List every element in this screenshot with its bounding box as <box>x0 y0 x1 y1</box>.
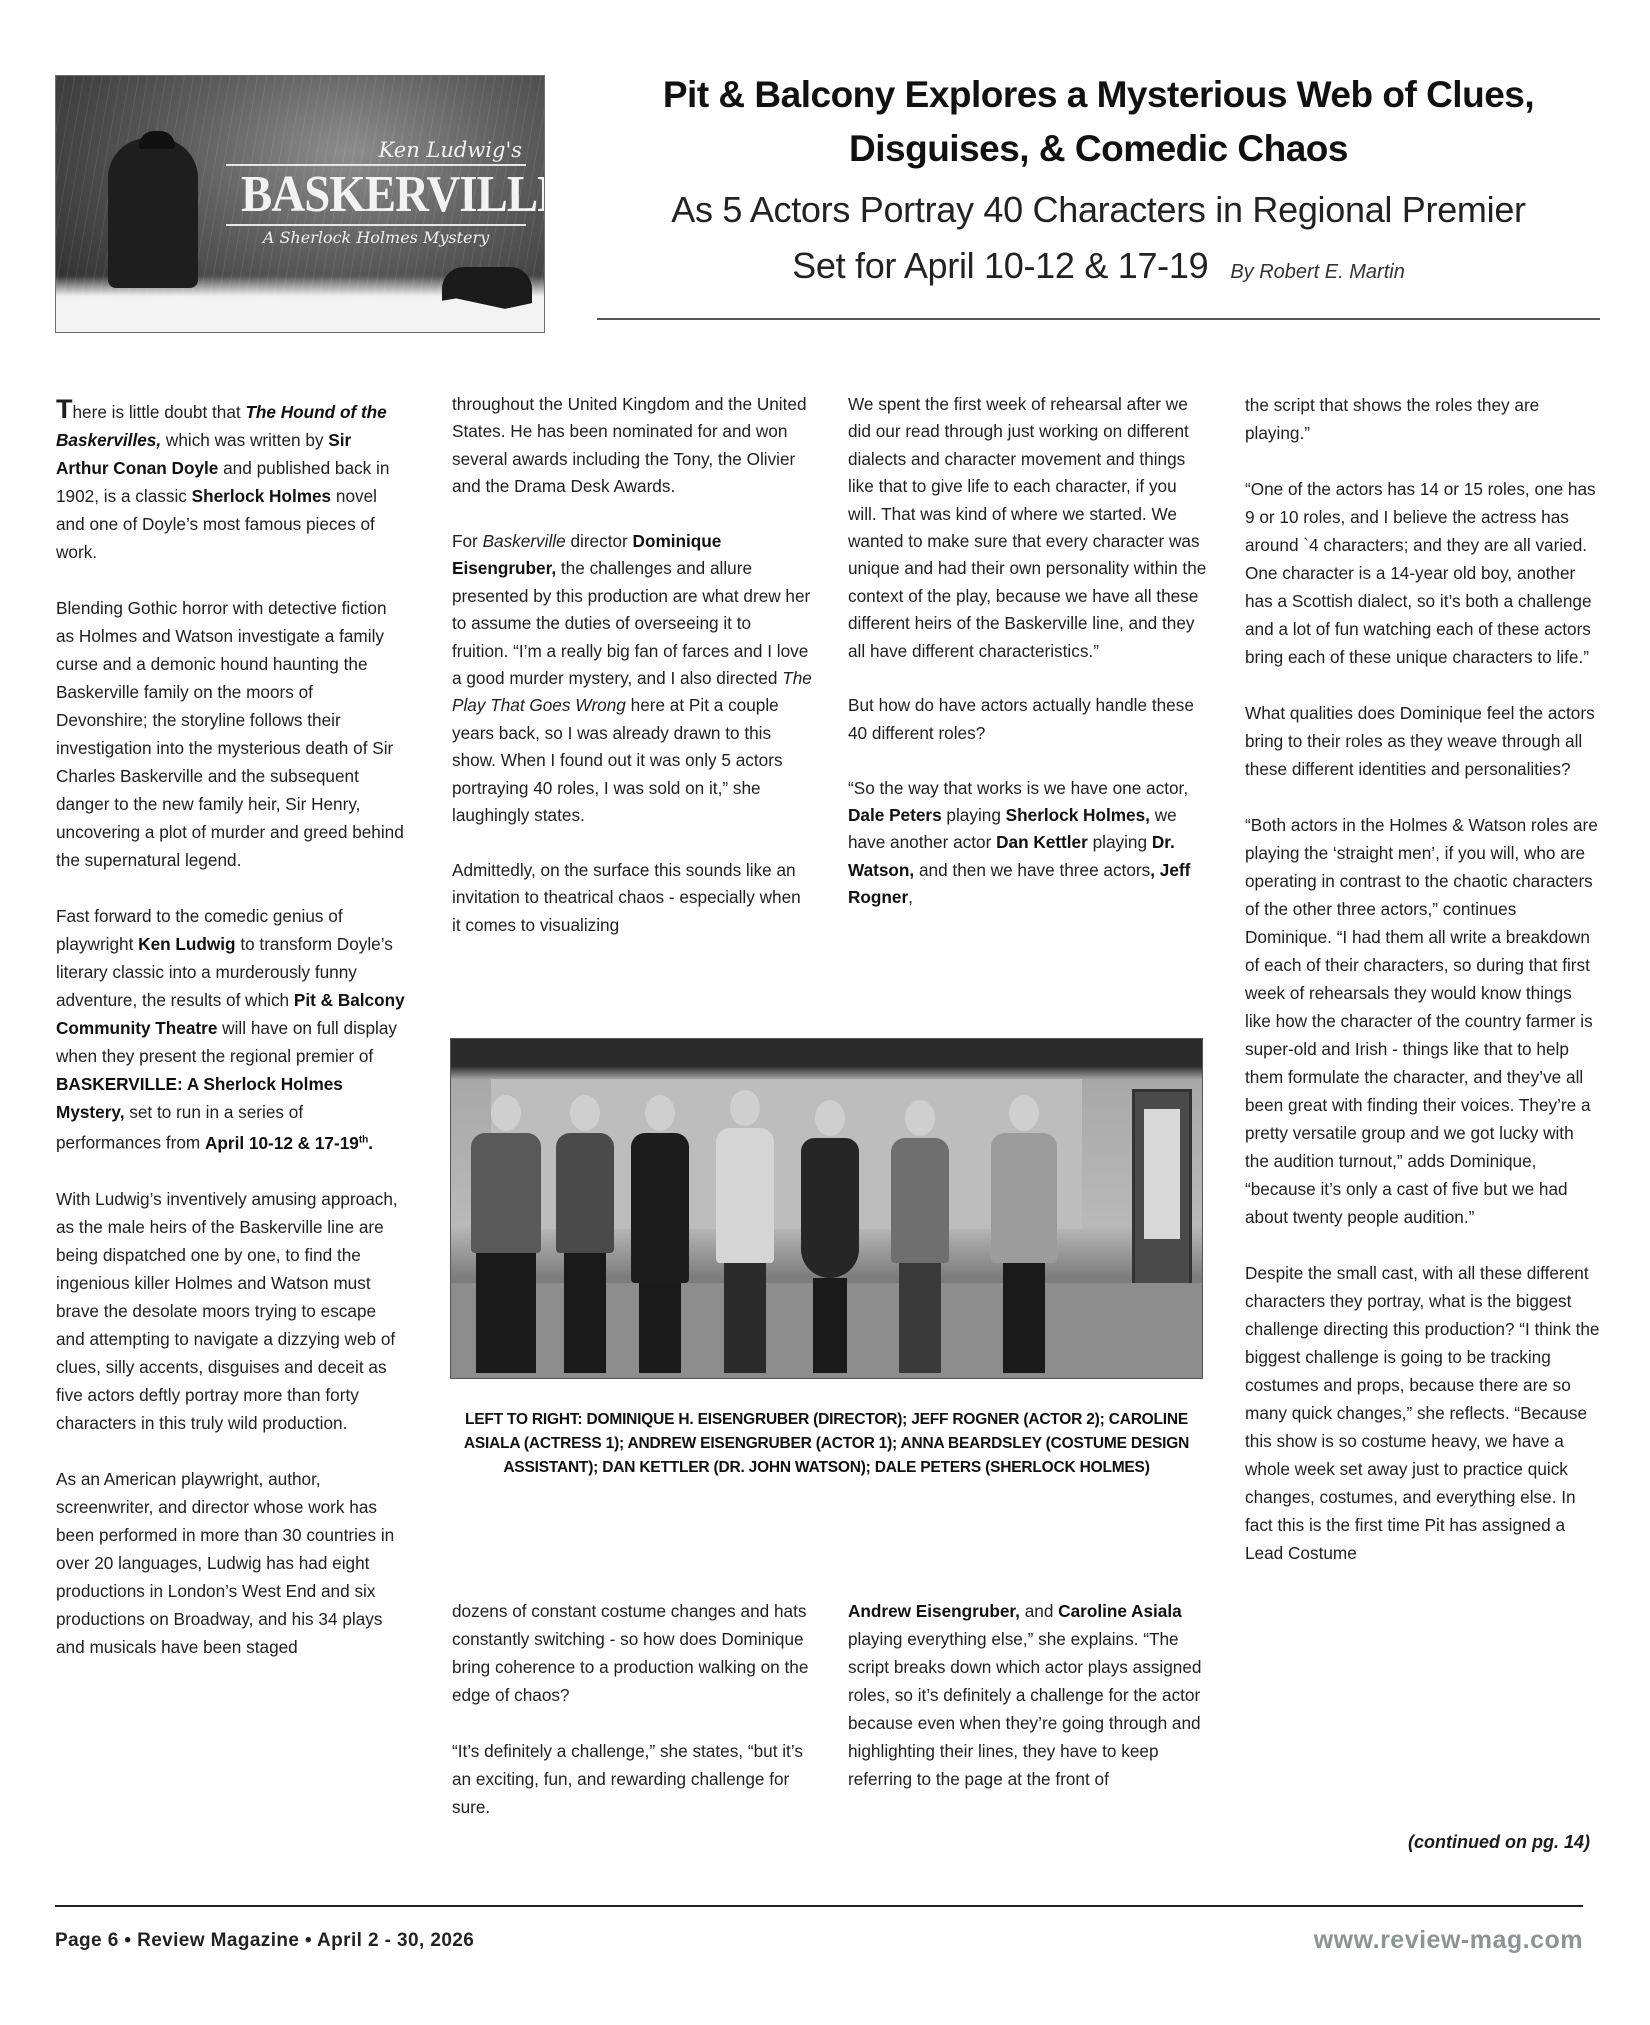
article-column-1: There is little doubt that The Hound of … <box>56 398 406 1661</box>
text: , <box>908 887 913 907</box>
paragraph: “Both actors in the Holmes & Watson role… <box>1245 811 1600 1231</box>
subtitle-dates: Set for April 10-12 & 17-19 <box>792 245 1208 286</box>
baskerville-poster-image: Ken Ludwig's BASKERVILLE A Sherlock Holm… <box>55 75 545 333</box>
stage-door-panel <box>1144 1109 1180 1239</box>
paragraph: Andrew Eisengruber, and Caroline Asiala … <box>848 1597 1208 1793</box>
paragraph: throughout the United Kingdom and the Un… <box>452 391 812 501</box>
poster-tagline: A Sherlock Holmes Mystery <box>226 228 526 247</box>
ordinal-suffix: th <box>359 1134 368 1145</box>
paragraph: the script that shows the roles they are… <box>1245 391 1600 447</box>
show-title: Baskerville <box>483 531 566 551</box>
paragraph: But how do have actors actually handle t… <box>848 692 1208 747</box>
text: which was written by <box>161 430 328 450</box>
playwright-name: Ken Ludwig <box>138 934 235 954</box>
detective-silhouette <box>108 138 198 288</box>
text: here is little doubt that <box>73 402 246 422</box>
article-column-4: the script that shows the roles they are… <box>1245 391 1600 1567</box>
byline: By Robert E. Martin <box>1230 261 1405 283</box>
text: playing <box>1088 832 1152 852</box>
text: playing everything else,” she explains. … <box>848 1629 1201 1789</box>
poster-show-title: BASKERVILLE <box>241 168 511 222</box>
photo-caption: LEFT TO RIGHT: DOMINIQUE H. EISENGRUBER … <box>460 1408 1193 1480</box>
subtitle-line-1: As 5 Actors Portray 40 Characters in Reg… <box>597 182 1600 238</box>
text: director <box>566 531 633 551</box>
paragraph: For Baskerville director Dominique Eisen… <box>452 528 812 829</box>
paragraph: “It’s definitely a challenge,” she state… <box>452 1737 812 1821</box>
paragraph: Despite the small cast, with all these d… <box>1245 1259 1600 1567</box>
paragraph: What qualities does Dominique feel the a… <box>1245 699 1600 783</box>
paragraph: dozens of constant costume changes and h… <box>452 1597 812 1709</box>
paragraph: “One of the actors has 14 or 15 roles, o… <box>1245 475 1600 671</box>
paragraph: Fast forward to the comedic genius of pl… <box>56 902 406 1157</box>
role-name: Sherlock Holmes, <box>1006 805 1150 825</box>
poster-author: Ken Ludwig's <box>226 138 526 162</box>
cast-member-1 <box>471 1095 541 1373</box>
bowler-hat-shape <box>139 131 175 149</box>
headline-title: Pit & Balcony Explores a Mysterious Web … <box>597 68 1600 176</box>
text: and then we have three actors <box>914 860 1150 880</box>
poster-title-block: Ken Ludwig's BASKERVILLE A Sherlock Holm… <box>226 138 526 247</box>
cast-member-3 <box>631 1095 689 1373</box>
cast-photo <box>450 1038 1203 1379</box>
article-column-3-top: We spent the first week of rehearsal aft… <box>848 391 1208 912</box>
article-headline: Pit & Balcony Explores a Mysterious Web … <box>597 68 1600 300</box>
text: playing <box>942 805 1006 825</box>
subtitle-line-2: Set for April 10-12 & 17-19By Robert E. … <box>597 238 1600 300</box>
paragraph: We spent the first week of rehearsal aft… <box>848 391 1208 665</box>
article-column-2-top: throughout the United Kingdom and the Un… <box>452 391 812 939</box>
actor-name: Caroline Asiala <box>1058 1601 1182 1621</box>
actor-name: Dan Kettler <box>996 832 1088 852</box>
paragraph: “So the way that works is we have one ac… <box>848 775 1208 912</box>
headline-line-1: Pit & Balcony Explores a Mysterious Web … <box>597 68 1600 122</box>
show-dates: April 10-12 & 17-19 <box>205 1133 359 1153</box>
poster-rule <box>226 224 526 226</box>
cast-member-4 <box>716 1090 774 1373</box>
drop-cap: T <box>56 394 73 424</box>
article-column-3-bottom: Andrew Eisengruber, and Caroline Asiala … <box>848 1597 1208 1793</box>
footer-website-link[interactable]: www.review-mag.com <box>1314 1926 1583 1955</box>
footer-divider <box>55 1905 1583 1907</box>
character-name: Sherlock Holmes <box>192 486 331 506</box>
cast-member-7 <box>991 1095 1057 1373</box>
cast-member-6 <box>891 1100 949 1373</box>
paragraph: With Ludwig’s inventively amusing approa… <box>56 1185 406 1437</box>
footer-folio: Page 6 • Review Magazine • April 2 - 30,… <box>55 1930 474 1952</box>
paragraph: As an American playwright, author, scree… <box>56 1465 406 1661</box>
cast-member-2 <box>556 1095 614 1373</box>
headline-subtitle: As 5 Actors Portray 40 Characters in Reg… <box>597 182 1600 300</box>
actor-name: Andrew Eisengruber, <box>848 1601 1020 1621</box>
text: . <box>368 1133 373 1153</box>
text: “So the way that works is we have one ac… <box>848 778 1188 798</box>
paragraph: There is little doubt that The Hound of … <box>56 398 406 566</box>
continued-jump-link[interactable]: (continued on pg. 14) <box>1245 1832 1590 1853</box>
cast-member-5 <box>801 1100 859 1373</box>
article-column-2-bottom: dozens of constant costume changes and h… <box>452 1597 812 1821</box>
text: For <box>452 531 483 551</box>
headline-line-2: Disguises, & Comedic Chaos <box>597 122 1600 176</box>
text: and <box>1020 1601 1058 1621</box>
headline-divider <box>597 318 1600 320</box>
actor-name: Dale Peters <box>848 805 942 825</box>
paragraph: Admittedly, on the surface this sounds l… <box>452 857 812 939</box>
paragraph: Blending Gothic horror with detective fi… <box>56 594 406 874</box>
